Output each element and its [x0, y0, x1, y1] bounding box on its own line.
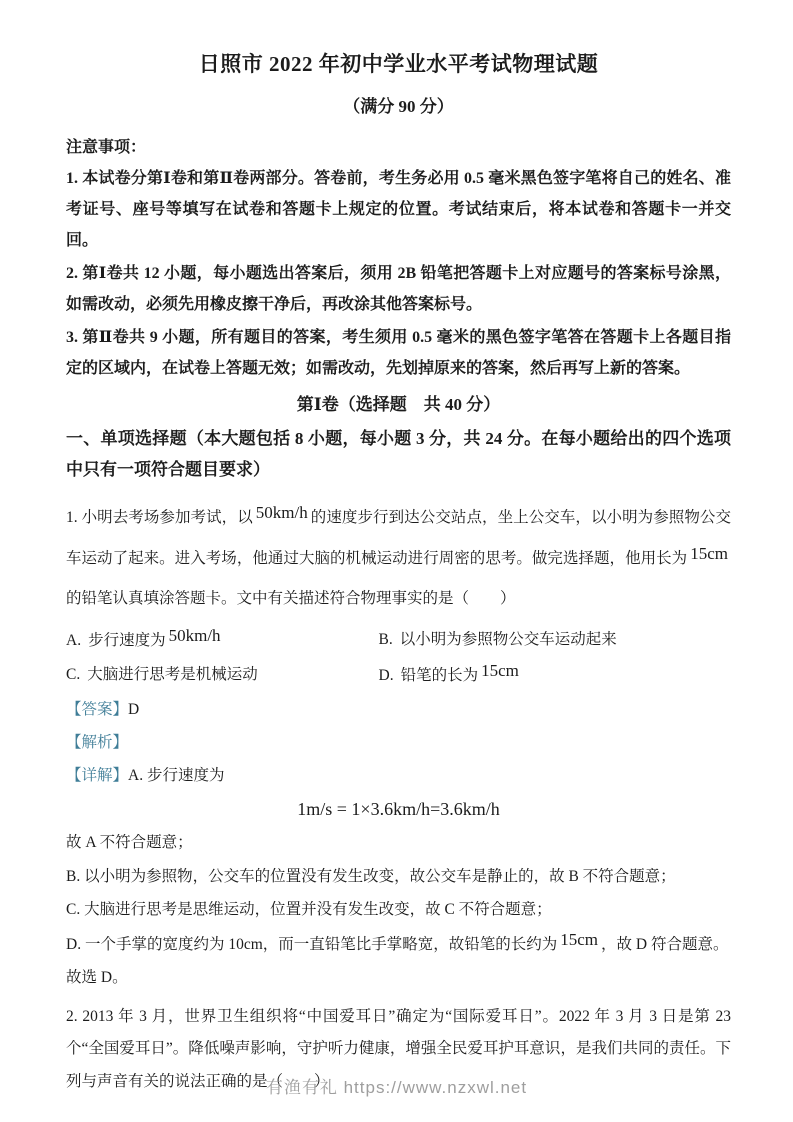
answer-value: D: [128, 701, 139, 718]
option-D: D.铅笔的长为15cm: [379, 658, 731, 693]
answer-tag: 【答案】: [66, 701, 128, 718]
analysis-tag: 【解析】: [66, 734, 128, 751]
analysis-line: 【解析】: [66, 726, 731, 759]
option-B-text: 以小明为参照物公交车运动起来: [400, 631, 617, 648]
option-A: A.步行速度为50km/h: [66, 623, 379, 658]
explanation-d-formula: 15cm: [560, 930, 598, 949]
notice-item-2: 2. 第Ⅰ卷共 12 小题，每小题选出答案后，须用 2B 铅笔把答题卡上对应题号…: [66, 258, 731, 320]
explanation-c: C. 大脑进行思考是思维运动，位置并没有发生改变，故 C 不符合题意；: [66, 893, 731, 927]
answer-line: 【答案】D: [66, 693, 731, 726]
option-A-label: A.: [66, 632, 81, 649]
explanation-d-text: D. 一个手掌的宽度约为 10cm，而一直铅笔比手掌略宽，故铅笔的长约为: [66, 936, 557, 953]
option-B-label: B.: [379, 631, 393, 648]
detail-tag: 【详解】: [66, 767, 128, 784]
section-heading: 第Ⅰ卷（选择题 共 40 分）: [66, 390, 731, 415]
option-B: B.以小明为参照物公交车运动起来: [379, 623, 731, 658]
explanation-a: 故 A 不符合题意；: [66, 826, 731, 860]
explanation-d-text-post: ，故 D 符合题意。: [601, 936, 728, 953]
option-C-label: C.: [66, 666, 80, 683]
footer-watermark-text: 有渔有礼 https://www.nzxwl.net: [266, 1078, 527, 1097]
option-C-text: 大脑进行思考是机械运动: [87, 666, 258, 683]
inline-formula-speed: 50km/h: [256, 503, 308, 522]
options-row-1: A.步行速度为50km/h B.以小明为参照物公交车运动起来: [66, 623, 731, 658]
page-title: 日照市 2022 年初中学业水平考试物理试题: [66, 48, 731, 78]
speed-conversion-formula: 1m/s = 1×3.6km/h=3.6km/h: [66, 793, 731, 825]
explanation-b: B. 以小明为参照物，公交车的位置没有发生改变，故公交车是静止的，故 B 不符合…: [66, 860, 731, 894]
notice-section: 注意事项： 1. 本试卷分第Ⅰ卷和第Ⅱ卷两部分。答卷前，考生务必用 0.5 毫米…: [66, 133, 731, 384]
options-row-2: C.大脑进行思考是机械运动 D.铅笔的长为15cm: [66, 658, 731, 693]
option-A-formula: 50km/h: [169, 626, 221, 645]
exam-document-page: 日照市 2022 年初中学业水平考试物理试题 （满分 90 分） 注意事项： 1…: [0, 0, 793, 1122]
question-1: 1. 小明去考场参加考试，以50km/h的速度步行到达公交站点，坐上公交车，以小…: [66, 497, 731, 995]
explanation-conclusion: 故选 D。: [66, 961, 731, 995]
option-A-text: 步行速度为: [88, 632, 166, 649]
stem-text: 1. 小明去考场参加考试，以: [66, 509, 253, 526]
notice-heading: 注意事项：: [66, 133, 731, 163]
notice-item-1: 1. 本试卷分第Ⅰ卷和第Ⅱ卷两部分。答卷前，考生务必用 0.5 毫米黑色签字笔将…: [66, 163, 731, 256]
detail-intro: A. 步行速度为: [128, 767, 224, 784]
score-subtitle: （满分 90 分）: [66, 92, 731, 117]
stem-text: 的铅笔认真填涂答题卡。文中有关描述符合物理事实的是（ ）: [66, 590, 516, 607]
page-footer: 有渔有礼 https://www.nzxwl.net: [0, 1073, 793, 1098]
option-D-label: D.: [379, 667, 394, 684]
part-heading: 一、单项选择题（本大题包括 8 小题，每小题 3 分，共 24 分。在每小题给出…: [66, 423, 731, 485]
option-C: C.大脑进行思考是机械运动: [66, 658, 379, 693]
option-D-formula: 15cm: [481, 661, 519, 680]
detail-line: 【详解】A. 步行速度为: [66, 759, 731, 792]
question-1-stem: 1. 小明去考场参加考试，以50km/h的速度步行到达公交站点，坐上公交车，以小…: [66, 497, 731, 619]
option-D-text: 铅笔的长为: [401, 667, 479, 684]
inline-formula-length: 15cm: [690, 544, 728, 563]
explanation-d: D. 一个手掌的宽度约为 10cm，而一直铅笔比手掌略宽，故铅笔的长约为15cm…: [66, 927, 731, 962]
notice-item-3: 3. 第Ⅱ卷共 9 小题，所有题目的答案，考生须用 0.5 毫米的黑色签字笔答在…: [66, 322, 731, 384]
